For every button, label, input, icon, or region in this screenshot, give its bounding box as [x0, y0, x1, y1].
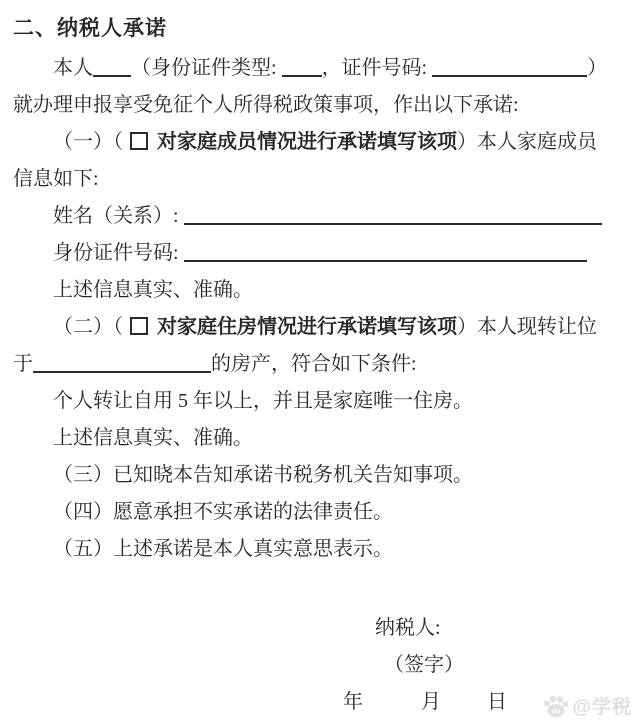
date-day-label: 日 — [487, 691, 507, 713]
item4-text: （四）愿意承担不实承诺的法律责任。 — [13, 494, 634, 531]
signature-hint: （签字） — [13, 647, 634, 684]
item1-line-1: （一）（对家庭成员情况进行承诺填写该项）本人家庭成员 — [13, 124, 634, 161]
intro-line-1: 本人（身份证件类型: ，证件号码: ） — [13, 50, 634, 87]
intro-line-2: 就办理申报享受免征个人所得税政策事项，作出以下承诺: — [13, 87, 634, 124]
name-blank-field[interactable] — [93, 55, 131, 77]
item1-id-row: 身份证件号码: — [13, 235, 634, 272]
item2-condition: 个人转让自用 5 年以上，并且是家庭唯一住房。 — [13, 383, 634, 420]
intro-text-1: 本人 — [53, 57, 93, 79]
intro-text-3: ，证件号码: — [322, 57, 433, 79]
watermark-text: @学税 — [572, 692, 632, 719]
item1-line-2: 信息如下: — [13, 161, 634, 198]
member-name-blank-field[interactable] — [184, 203, 602, 225]
property-location-blank-field[interactable] — [33, 351, 211, 373]
item2-line-2: 于的房产，符合如下条件: — [13, 346, 634, 383]
item2-line-1: （二）（对家庭住房情况进行承诺填写该项）本人现转让位 — [13, 309, 634, 346]
item2-checkbox-label: 对家庭住房情况进行承诺填写该项 — [157, 316, 457, 338]
baidu-du-label: du — [552, 708, 561, 715]
item2-suffix: ）本人现转让位 — [457, 316, 597, 338]
date-year-label: 年 — [343, 691, 363, 713]
item5-text: （五）上述承诺是本人真实意思表示。 — [13, 531, 634, 568]
date-month-label: 月 — [421, 691, 441, 713]
baidu-paw-icon: du — [542, 693, 569, 719]
family-members-checkbox-icon[interactable] — [130, 132, 148, 150]
item1-prefix: （一）（ — [53, 131, 123, 153]
item1-checkbox-label: 对家庭成员情况进行承诺填写该项 — [157, 131, 457, 153]
family-housing-checkbox-icon[interactable] — [130, 317, 148, 335]
item3-text: （三）已知晓本告知承诺书税务机关告知事项。 — [13, 457, 634, 494]
member-id-blank-field[interactable] — [184, 240, 587, 262]
intro-text-4: ） — [587, 57, 607, 79]
id-number-blank-field[interactable] — [432, 55, 587, 77]
item1-name-row: 姓名（关系）: — [13, 198, 634, 235]
id-type-blank-field[interactable] — [282, 55, 322, 77]
intro-text-2: （身份证件类型: — [131, 57, 282, 79]
item2-wrap-post: 的房产，符合如下条件: — [211, 353, 417, 375]
item1-confirm: 上述信息真实、准确。 — [13, 272, 634, 309]
blank-line — [13, 568, 634, 605]
item2-wrap-pre: 于 — [13, 353, 33, 375]
taxpayer-commitment-document: 二、纳税人承诺 本人（身份证件类型: ，证件号码: ） 就办理申报享受免征个人所… — [0, 0, 640, 723]
item1-id-label: 身份证件号码: — [53, 242, 184, 264]
item1-name-label: 姓名（关系）: — [53, 205, 184, 227]
signature-label: 纳税人: — [13, 610, 634, 647]
signature-date-row: 年月日 — [13, 684, 634, 721]
section-title: 二、纳税人承诺 — [13, 10, 634, 47]
watermark: du @学税 — [542, 692, 632, 719]
item2-prefix: （二）（ — [53, 316, 123, 338]
item1-suffix: ）本人家庭成员 — [457, 131, 597, 153]
item2-confirm: 上述信息真实、准确。 — [13, 420, 634, 457]
